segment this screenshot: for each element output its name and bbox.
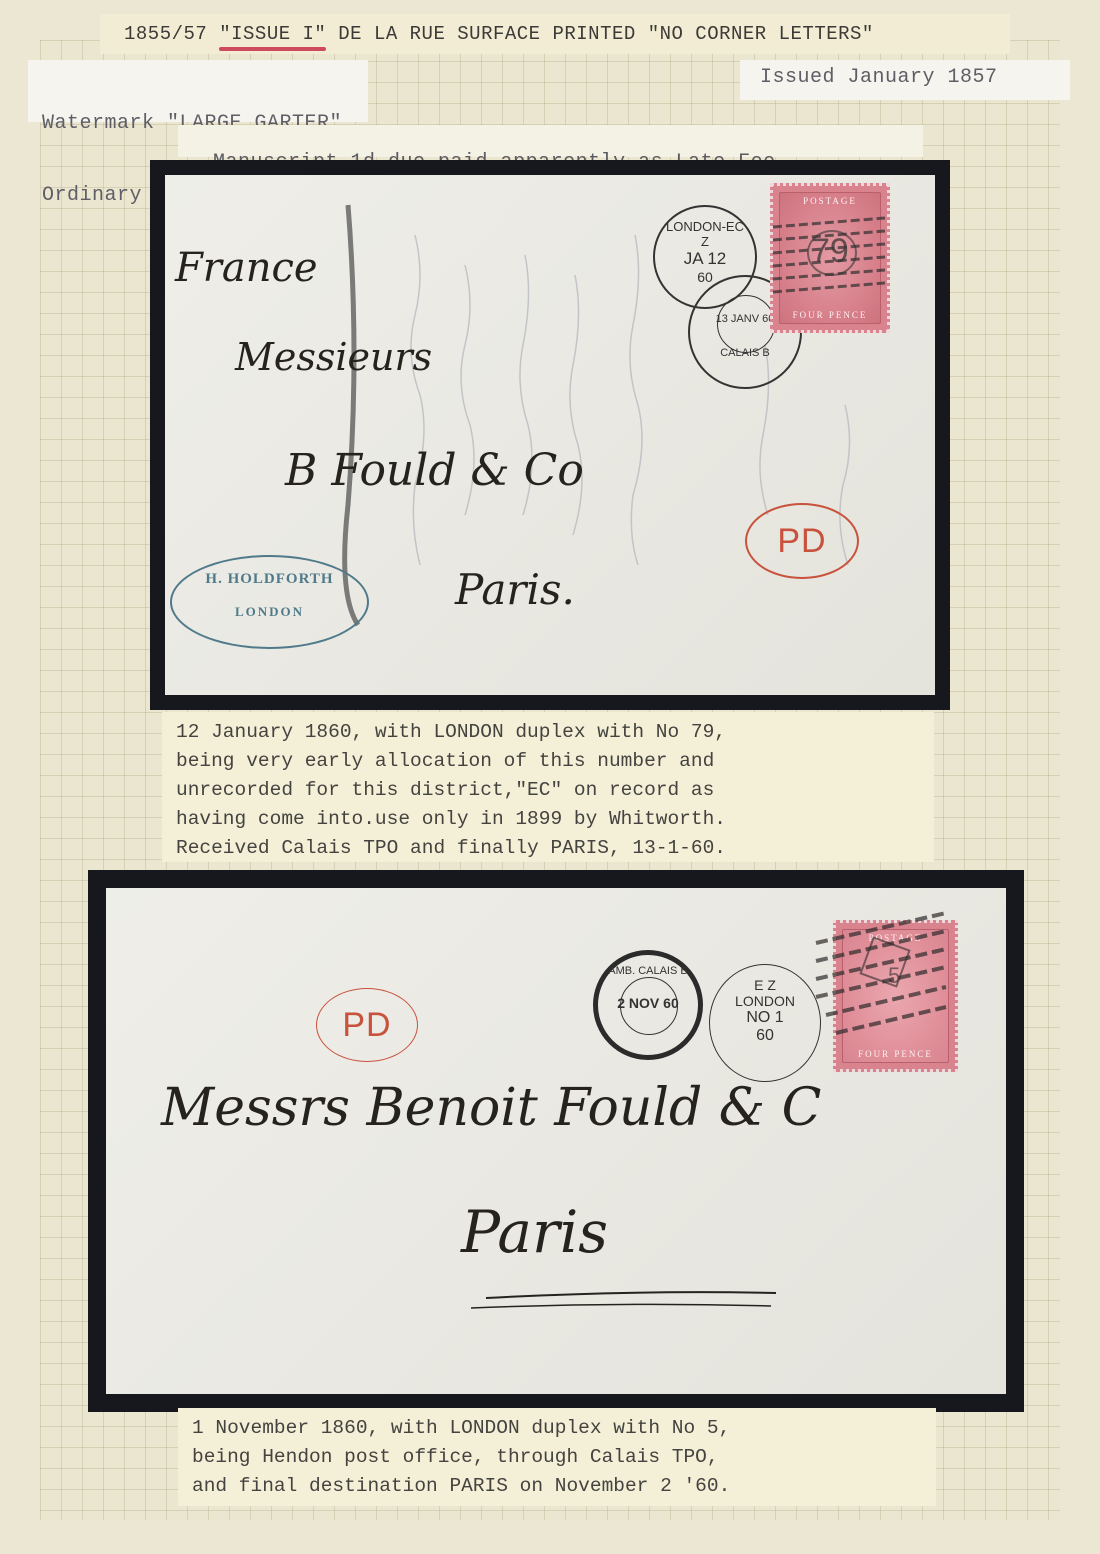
cover1-sender-cachet: H. HOLDFORTH LONDON [170,555,369,649]
cover1-description: 12 January 1860, with LONDON duplex with… [162,712,934,862]
cachet-line2: LONDON [172,604,367,620]
cover2-description: 1 November 1860, with LONDON duplex with… [178,1408,936,1506]
cover1-description-line: being very early allocation of this numb… [176,747,920,776]
cover1-description-line: 12 January 1860, with LONDON duplex with… [176,718,920,747]
cover2-description-line: and final destination PARIS on November … [192,1472,922,1501]
calais-label: CALAIS B [690,347,800,359]
duplex-town: LONDON-EC [655,219,755,234]
cover1-handwriting-salutation: Messieurs [235,335,432,379]
cover1-pd-handstamp: PD [745,503,859,579]
title-suffix: DE LA RUE SURFACE PRINTED "NO CORNER LET… [326,23,874,46]
cachet-line1: H. HOLDFORTH [172,571,367,588]
cover1-description-line: having come into.use only in 1899 by Whi… [176,805,920,834]
title-issue-underlined: "ISSUE I" [219,23,326,46]
page-title: 1855/57 "ISSUE I" DE LA RUE SURFACE PRIN… [100,14,1010,54]
cover1-handwriting-addressee: B Fould & Co [285,445,584,496]
cover2-description-line: being Hendon post office, through Calais… [192,1443,922,1472]
duplex-date: JA 12 [655,249,755,269]
cover1-handwriting-city: Paris. [455,565,575,614]
issued-label: Issued January 1857 [740,60,1070,100]
manuscript-note: Manuscript 1d due paid apparently as Lat… [178,125,923,157]
cover2-envelope: PD AMB. CALAIS B 2 NOV 60 E Z LONDON NO … [106,888,1006,1394]
obliterator-numeral: 79 [811,232,849,271]
cover1-four-pence-stamp: POSTAGE FOUR PENCE 79 [770,183,890,333]
cover1-handwriting-country: France [175,245,318,291]
duplex-code: Z [655,234,755,249]
cover2-city-underline [106,888,1006,1394]
cover1-description-line: Received Calais TPO and finally PARIS, 1… [176,834,920,863]
cover1-description-line: unrecorded for this district,"EC" on rec… [176,776,920,805]
watermark-label: Watermark "LARGE GARTER" Ordinary White … [28,60,368,122]
title-prefix: 1855/57 [124,23,219,46]
cover2-description-line: 1 November 1860, with LONDON duplex with… [192,1414,922,1443]
cover1-envelope: France Messieurs B Fould & Co Paris. H. … [165,175,935,695]
